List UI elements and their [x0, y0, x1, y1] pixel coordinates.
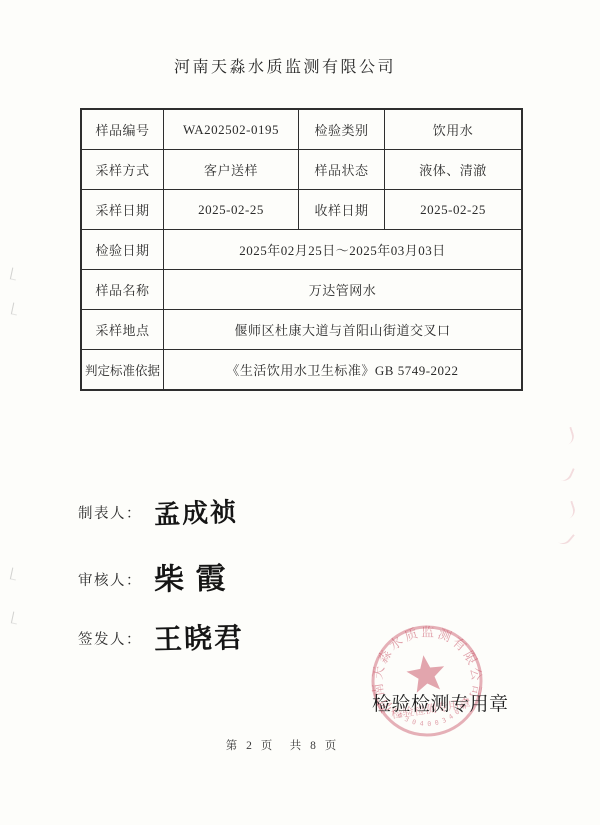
table-row: 采样地点 偃师区杜康大道与首阳山街道交叉口 — [81, 310, 522, 350]
cell-value: 偃师区杜康大道与首阳山街道交叉口 — [164, 310, 523, 350]
cell-value: 2025-02-25 — [164, 190, 299, 230]
table-row: 采样方式 客户送样 样品状态 液体、清澈 — [81, 150, 522, 190]
table-row: 检验日期 2025年02月25日～2025年03月03日 — [81, 230, 522, 270]
stamp-caption: 检验检测专用章 — [372, 689, 509, 716]
issuer-label: 签发人： — [78, 632, 142, 648]
table-row: 样品编号 WA202502-0195 检验类别 饮用水 — [81, 109, 522, 150]
cell-label: 收样日期 — [299, 190, 385, 230]
star-icon — [405, 653, 448, 694]
page-number-footer: 第 2 页 共 8 页 — [0, 737, 565, 753]
cell-label: 采样方式 — [81, 150, 164, 190]
scan-artifact — [11, 612, 19, 625]
cell-label: 判定标准依据 — [81, 350, 164, 391]
cell-label: 样品名称 — [81, 270, 164, 310]
cell-value: 客户送样 — [164, 150, 299, 190]
scanned-report-page: 河南天淼水质监测有限公司 样品编号 WA202502-0195 检验类别 饮用水… — [0, 0, 600, 825]
cell-label: 检验类别 — [299, 109, 385, 150]
cell-label: 样品编号 — [81, 109, 164, 150]
sample-info-table: 样品编号 WA202502-0195 检验类别 饮用水 采样方式 客户送样 样品… — [80, 108, 523, 391]
scan-bleed-artifact — [558, 464, 575, 483]
signature-row-reviewer: 审核人：柴 霞 — [78, 554, 228, 598]
preparer-label: 制表人： — [78, 506, 142, 522]
cell-value: 2025年02月25日～2025年03月03日 — [164, 230, 523, 270]
scan-artifact — [10, 568, 18, 581]
issuer-signature: 王晓君 — [153, 616, 244, 658]
cell-value: 2025-02-25 — [385, 190, 523, 230]
page-title: 河南天淼水质监测有限公司 — [0, 54, 570, 77]
cell-value: 万达管网水 — [164, 270, 523, 310]
scan-artifact — [10, 268, 18, 281]
preparer-signature: 孟成祯 — [153, 492, 238, 532]
reviewer-label: 审核人： — [78, 573, 142, 589]
cell-value: WA202502-0195 — [164, 109, 299, 150]
cell-value: 《生活饮用水卫生标准》GB 5749-2022 — [164, 350, 523, 391]
signature-row-issuer: 签发人：王晓君 — [78, 617, 244, 657]
cell-label: 采样日期 — [81, 190, 164, 230]
cell-value: 饮用水 — [385, 109, 523, 150]
table-row: 判定标准依据 《生活饮用水卫生标准》GB 5749-2022 — [81, 350, 522, 391]
cell-label: 采样地点 — [81, 310, 164, 350]
scan-bleed-artifact — [561, 427, 576, 446]
cell-value: 液体、清澈 — [385, 150, 523, 190]
scan-bleed-artifact — [562, 501, 577, 520]
cell-label: 检验日期 — [81, 230, 164, 270]
scan-bleed-artifact — [556, 528, 575, 547]
reviewer-signature: 柴 霞 — [154, 553, 228, 598]
signature-row-preparer: 制表人：孟成祯 — [78, 493, 238, 530]
table-row: 采样日期 2025-02-25 收样日期 2025-02-25 — [81, 190, 522, 230]
scan-artifact — [11, 303, 19, 316]
table-row: 样品名称 万达管网水 — [81, 270, 522, 310]
cell-label: 样品状态 — [299, 150, 385, 190]
